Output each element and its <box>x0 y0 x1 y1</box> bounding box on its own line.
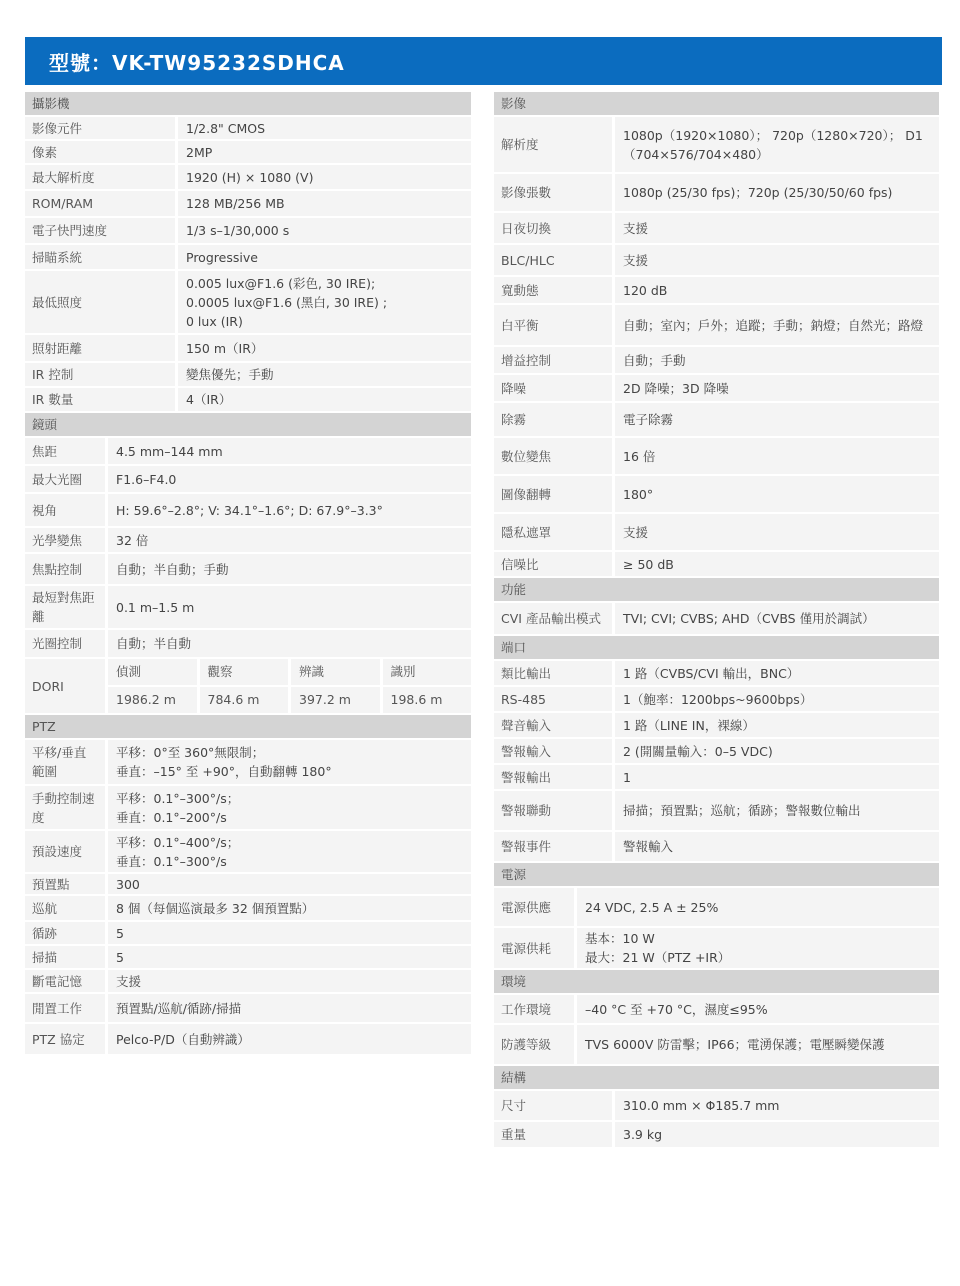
spec-label: 警報輸入 <box>494 739 612 763</box>
dori-row: DORI偵測觀察辨識識別1986.2 m784.6 m397.2 m198.6 … <box>25 659 471 713</box>
spec-row: 警報聯動掃描；預置點；巡航；循跡；警報數位輸出 <box>494 791 939 830</box>
spec-row: 寬動態120 dB <box>494 277 939 303</box>
spec-value: 自動；手動 <box>615 347 939 373</box>
spec-label: IR 數量 <box>25 388 175 411</box>
spec-value: 8 個（每個巡演最多 32 個預置點） <box>108 896 471 920</box>
spec-value: 自動；半自動 <box>108 630 471 657</box>
spec-value: 1 <box>615 765 939 789</box>
spec-value: 0.005 lux@F1.6 (彩色, 30 IRE); 0.0005 lux@… <box>178 271 471 333</box>
spec-row: 掃瞄系統Progressive <box>25 245 471 269</box>
spec-label: 焦距 <box>25 438 105 464</box>
spec-value: 4.5 mm–144 mm <box>108 438 471 464</box>
dori-header: 偵測 <box>108 659 197 685</box>
spec-row: 掃描5 <box>25 946 471 968</box>
spec-value: 1920 (H) × 1080 (V) <box>178 165 471 189</box>
spec-row: ROM/RAM128 MB/256 MB <box>25 191 471 216</box>
dori-value: 397.2 m <box>291 687 380 713</box>
spec-row: 光圈控制自動；半自動 <box>25 630 471 657</box>
spec-row: 平移/垂直範圍平移：0°至 360°無限制； 垂直：–15° 至 +90°，自動… <box>25 740 471 784</box>
spec-label: 解析度 <box>494 117 612 172</box>
dori-header: 觀察 <box>200 659 289 685</box>
spec-value: 2 (開關量輸入：0–5 VDC) <box>615 739 939 763</box>
spec-value: 128 MB/256 MB <box>178 191 471 216</box>
spec-label: 電源供耗 <box>494 928 574 968</box>
spec-value: 預置點/巡航/循跡/掃描 <box>108 994 471 1022</box>
spec-row: 巡航8 個（每個巡演最多 32 個預置點） <box>25 896 471 920</box>
spec-label: CVI 產品輸出模式 <box>494 603 612 634</box>
spec-label: 圖像翻轉 <box>494 476 612 512</box>
right-column: 影像解析度1080p（1920×1080）； 720p（1280×720）； D… <box>494 92 939 1149</box>
spec-label: 影像元件 <box>25 117 175 139</box>
spec-value: 150 m（IR） <box>178 335 471 361</box>
spec-row: 信噪比≥ 50 dB <box>494 552 939 576</box>
spec-row: 預置點300 <box>25 874 471 894</box>
spec-value: 4（IR） <box>178 388 471 411</box>
spec-value: 1/3 s–1/30,000 s <box>178 218 471 243</box>
spec-value: F1.6–F4.0 <box>108 466 471 492</box>
section-header: 環境 <box>494 970 939 993</box>
spec-value: 1080p (25/30 fps)；720p (25/30/50/60 fps) <box>615 174 939 211</box>
spec-label: 像素 <box>25 141 175 163</box>
spec-value: 2D 降噪；3D 降噪 <box>615 375 939 401</box>
spec-value: H: 59.6°–2.8°; V: 34.1°–1.6°; D: 67.9°–3… <box>108 494 471 526</box>
spec-label: 警報聯動 <box>494 791 612 830</box>
spec-row: 警報事件警報輸入 <box>494 832 939 861</box>
spec-label: 降噪 <box>494 375 612 401</box>
spec-label: 隱私遮罩 <box>494 514 612 550</box>
spec-label: 影像張數 <box>494 174 612 211</box>
spec-row: 預設速度平移：0.1°–400°/s； 垂直：0.1°–300°/s <box>25 831 471 872</box>
spec-value: 300 <box>108 874 471 894</box>
spec-row: BLC/HLC支援 <box>494 245 939 275</box>
spec-value: 32 倍 <box>108 528 471 552</box>
spec-row: 照射距離150 m（IR） <box>25 335 471 361</box>
dori-header: 辨識 <box>291 659 380 685</box>
spec-label: 日夜切換 <box>494 213 612 243</box>
spec-label: 寬動態 <box>494 277 612 303</box>
spec-value: 24 VDC, 2.5 A ± 25% <box>577 888 939 926</box>
spec-value: 電子除霧 <box>615 403 939 436</box>
spec-value: 支援 <box>615 514 939 550</box>
spec-value: 支援 <box>615 213 939 243</box>
spec-label: 防護等級 <box>494 1025 574 1064</box>
spec-label: 斷電記憶 <box>25 970 105 992</box>
spec-value: 平移：0.1°–400°/s； 垂直：0.1°–300°/s <box>108 831 471 872</box>
spec-row: 解析度1080p（1920×1080）； 720p（1280×720）； D1（… <box>494 117 939 172</box>
spec-value: 1080p（1920×1080）； 720p（1280×720）； D1（704… <box>615 117 939 172</box>
spec-row: 電源供耗基本：10 W 最大：21 W（PTZ +IR） <box>494 928 939 968</box>
spec-row: 白平衡自動；室內；戶外；追蹤；手動；鈉燈；自然光；路燈 <box>494 305 939 345</box>
spec-label: 警報輸出 <box>494 765 612 789</box>
spec-label: 電源供應 <box>494 888 574 926</box>
spec-label: 最短對焦距離 <box>25 586 105 628</box>
section-header: 結構 <box>494 1066 939 1089</box>
spec-row: 最大光圈F1.6–F4.0 <box>25 466 471 492</box>
spec-row: RS-4851（鮑率：1200bps~9600bps） <box>494 687 939 711</box>
spec-value: 自動；室內；戶外；追蹤；手動；鈉燈；自然光；路燈 <box>615 305 939 345</box>
spec-row: 焦點控制自動；半自動；手動 <box>25 554 471 584</box>
spec-value: 變焦優先；手動 <box>178 363 471 386</box>
section-header: 影像 <box>494 92 939 115</box>
spec-value: 1 路（LINE IN，裸線） <box>615 713 939 737</box>
spec-label: 最低照度 <box>25 271 175 333</box>
spec-value: TVI; CVI; CVBS; AHD（CVBS 僅用於調試） <box>615 603 939 634</box>
spec-value: 2MP <box>178 141 471 163</box>
spec-value: Pelco-P/D（自動辨識） <box>108 1024 471 1054</box>
spec-row: PTZ 協定Pelco-P/D（自動辨識） <box>25 1024 471 1054</box>
section-header: 功能 <box>494 578 939 601</box>
spec-row: 最大解析度1920 (H) × 1080 (V) <box>25 165 471 189</box>
spec-value: 1 路（CVBS/CVI 輸出，BNC） <box>615 661 939 685</box>
spec-label: 預置點 <box>25 874 105 894</box>
spec-value: 自動；半自動；手動 <box>108 554 471 584</box>
spec-row: IR 控制變焦優先；手動 <box>25 363 471 386</box>
spec-value: 120 dB <box>615 277 939 303</box>
spec-label: 光圈控制 <box>25 630 105 657</box>
spec-label: 最大解析度 <box>25 165 175 189</box>
spec-row: 閒置工作預置點/巡航/循跡/掃描 <box>25 994 471 1022</box>
spec-row: 增益控制自動；手動 <box>494 347 939 373</box>
spec-label: 平移/垂直範圍 <box>25 740 105 784</box>
dori-header: 識別 <box>383 659 472 685</box>
spec-value: 平移：0°至 360°無限制； 垂直：–15° 至 +90°，自動翻轉 180° <box>108 740 471 784</box>
spec-label: 掃描 <box>25 946 105 968</box>
spec-row: 最低照度0.005 lux@F1.6 (彩色, 30 IRE); 0.0005 … <box>25 271 471 333</box>
spec-value: 3.9 kg <box>615 1122 939 1147</box>
spec-value: 支援 <box>615 245 939 275</box>
spec-label: 增益控制 <box>494 347 612 373</box>
spec-row: 數位變焦16 倍 <box>494 438 939 474</box>
spec-row: 循跡5 <box>25 922 471 944</box>
spec-value: TVS 6000V 防雷擊；IP66；電湧保護；電壓瞬變保護 <box>577 1025 939 1064</box>
spec-label: 尺寸 <box>494 1091 612 1120</box>
dori-label: DORI <box>25 659 105 713</box>
spec-label: BLC/HLC <box>494 245 612 275</box>
spec-row: 日夜切換支援 <box>494 213 939 243</box>
spec-row: 防護等級TVS 6000V 防雷擊；IP66；電湧保護；電壓瞬變保護 <box>494 1025 939 1064</box>
spec-row: 尺寸310.0 mm × Φ185.7 mm <box>494 1091 939 1120</box>
spec-row: 光學變焦32 倍 <box>25 528 471 552</box>
spec-label: 掃瞄系統 <box>25 245 175 269</box>
spec-value: 警報輸入 <box>615 832 939 861</box>
spec-label: 最大光圈 <box>25 466 105 492</box>
spec-value: 0.1 m–1.5 m <box>108 586 471 628</box>
section-header: 鏡頭 <box>25 413 471 436</box>
spec-row: 電源供應24 VDC, 2.5 A ± 25% <box>494 888 939 926</box>
spec-label: 數位變焦 <box>494 438 612 474</box>
spec-label: 信噪比 <box>494 552 612 576</box>
spec-row: 手動控制速度平移：0.1°–300°/s； 垂直：0.1°–200°/s <box>25 786 471 829</box>
spec-row: 隱私遮罩支援 <box>494 514 939 550</box>
spec-label: 警報事件 <box>494 832 612 861</box>
spec-row: 重量3.9 kg <box>494 1122 939 1147</box>
spec-row: 圖像翻轉180° <box>494 476 939 512</box>
spec-row: 最短對焦距離0.1 m–1.5 m <box>25 586 471 628</box>
spec-label: RS-485 <box>494 687 612 711</box>
spec-label: 視角 <box>25 494 105 526</box>
spec-value: 16 倍 <box>615 438 939 474</box>
spec-label: 光學變焦 <box>25 528 105 552</box>
spec-label: 巡航 <box>25 896 105 920</box>
spec-label: 除霧 <box>494 403 612 436</box>
spec-label: 手動控制速度 <box>25 786 105 829</box>
spec-value: 180° <box>615 476 939 512</box>
spec-row: IR 數量4（IR） <box>25 388 471 411</box>
section-header: 端口 <box>494 636 939 659</box>
spec-row: 類比輸出1 路（CVBS/CVI 輸出，BNC） <box>494 661 939 685</box>
spec-value: 1/2.8" CMOS <box>178 117 471 139</box>
spec-label: 重量 <box>494 1122 612 1147</box>
spec-row: 聲音輸入1 路（LINE IN，裸線） <box>494 713 939 737</box>
model-header: 型號：VK-TW95232SDHCA <box>25 37 942 85</box>
spec-value: 310.0 mm × Φ185.7 mm <box>615 1091 939 1120</box>
spec-row: 視角H: 59.6°–2.8°; V: 34.1°–1.6°; D: 67.9°… <box>25 494 471 526</box>
spec-value: 5 <box>108 922 471 944</box>
spec-value: 支援 <box>108 970 471 992</box>
spec-label: 預設速度 <box>25 831 105 872</box>
spec-row: 斷電記憶支援 <box>25 970 471 992</box>
spec-label: ROM/RAM <box>25 191 175 216</box>
left-column: 攝影機影像元件1/2.8" CMOS像素2MP最大解析度1920 (H) × 1… <box>25 92 471 1056</box>
spec-label: PTZ 協定 <box>25 1024 105 1054</box>
spec-row: 工作環境–40 °C 至 +70 °C，濕度≤95% <box>494 995 939 1023</box>
spec-label: 工作環境 <box>494 995 574 1023</box>
spec-value: –40 °C 至 +70 °C，濕度≤95% <box>577 995 939 1023</box>
spec-value: 基本：10 W 最大：21 W（PTZ +IR） <box>577 928 939 968</box>
spec-label: 閒置工作 <box>25 994 105 1022</box>
spec-label: 焦點控制 <box>25 554 105 584</box>
spec-row: 電子快門速度1/3 s–1/30,000 s <box>25 218 471 243</box>
spec-row: 焦距4.5 mm–144 mm <box>25 438 471 464</box>
spec-value: 平移：0.1°–300°/s； 垂直：0.1°–200°/s <box>108 786 471 829</box>
section-header: 攝影機 <box>25 92 471 115</box>
spec-label: 電子快門速度 <box>25 218 175 243</box>
spec-label: IR 控制 <box>25 363 175 386</box>
spec-label: 類比輸出 <box>494 661 612 685</box>
spec-row: CVI 產品輸出模式TVI; CVI; CVBS; AHD（CVBS 僅用於調試… <box>494 603 939 634</box>
spec-row: 影像元件1/2.8" CMOS <box>25 117 471 139</box>
spec-row: 警報輸出1 <box>494 765 939 789</box>
dori-value: 198.6 m <box>383 687 472 713</box>
spec-value: 掃描；預置點；巡航；循跡；警報數位輸出 <box>615 791 939 830</box>
spec-row: 除霧電子除霧 <box>494 403 939 436</box>
dori-value: 784.6 m <box>200 687 289 713</box>
spec-value: ≥ 50 dB <box>615 552 939 576</box>
spec-row: 降噪2D 降噪；3D 降噪 <box>494 375 939 401</box>
spec-value: 1（鮑率：1200bps~9600bps） <box>615 687 939 711</box>
spec-row: 像素2MP <box>25 141 471 163</box>
section-header: 電源 <box>494 863 939 886</box>
spec-label: 白平衡 <box>494 305 612 345</box>
spec-label: 循跡 <box>25 922 105 944</box>
spec-value: 5 <box>108 946 471 968</box>
dori-value: 1986.2 m <box>108 687 197 713</box>
spec-label: 照射距離 <box>25 335 175 361</box>
spec-label: 聲音輸入 <box>494 713 612 737</box>
spec-value: Progressive <box>178 245 471 269</box>
spec-row: 影像張數1080p (25/30 fps)；720p (25/30/50/60 … <box>494 174 939 211</box>
section-header: PTZ <box>25 715 471 738</box>
spec-row: 警報輸入2 (開關量輸入：0–5 VDC) <box>494 739 939 763</box>
model-title: 型號：VK-TW95232SDHCA <box>49 47 345 76</box>
